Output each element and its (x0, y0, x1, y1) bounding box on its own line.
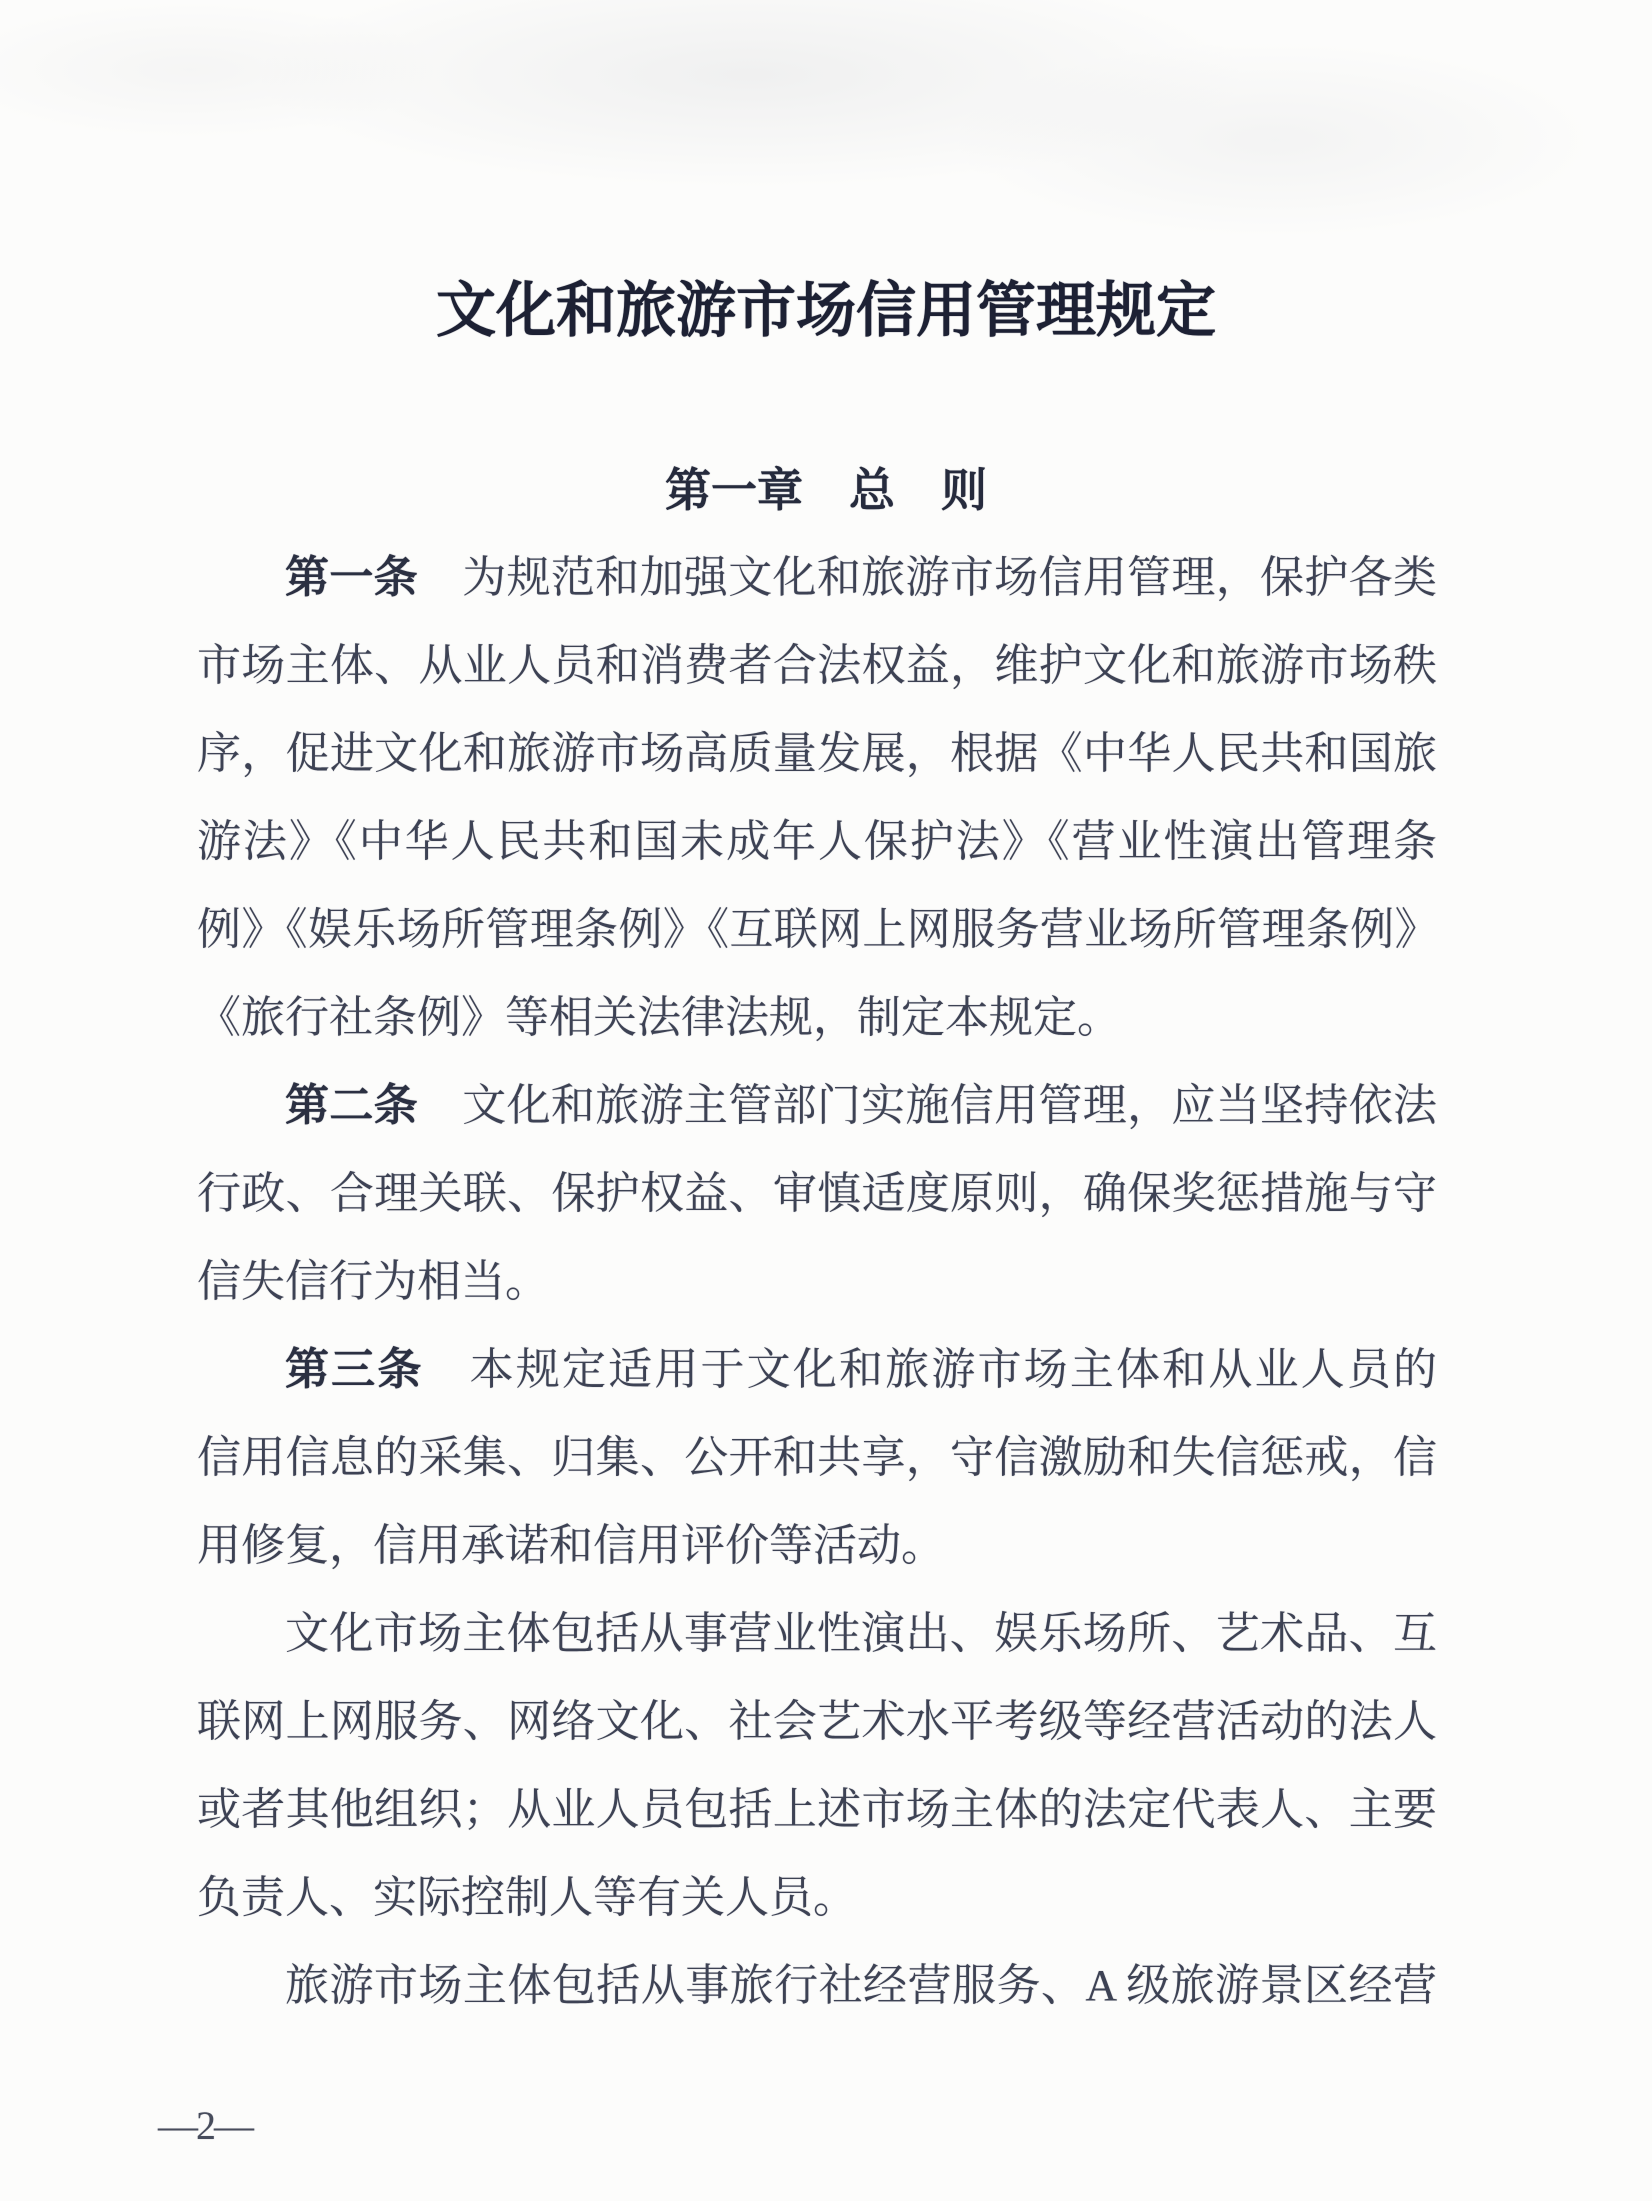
body-line: 信用信息的采集、归集、公开和共享，守信激励和失信惩戒，信 (197, 1414, 1437, 1502)
page-number: —2— (158, 2104, 252, 2148)
body-line: 联网上网服务、网络文化、社会艺术水平考级等经营活动的法人 (197, 1678, 1437, 1766)
document-title: 文化和旅游市场信用管理规定 (0, 278, 1652, 344)
body-line: 序，促进文化和旅游市场高质量发展，根据《中华人民共和国旅 (197, 710, 1437, 798)
article-label: 第一条 (285, 553, 418, 602)
scan-smudge (950, 40, 1600, 240)
body-line: 第一条 为规范和加强文化和旅游市场信用管理，保护各类 (197, 534, 1437, 622)
body-line: 行政、合理关联、保护权益、审慎适度原则，确保奖惩措施与守 (197, 1150, 1437, 1238)
body-line: 文化市场主体包括从事营业性演出、娱乐场所、艺术品、互 (197, 1590, 1437, 1678)
body-line: 游法》《中华人民共和国未成年人保护法》《营业性演出管理条 (197, 798, 1437, 886)
scan-smudge (250, 0, 1250, 190)
body-line: 旅游市场主体包括从事旅行社经营服务、A 级旅游景区经营 (197, 1942, 1437, 2030)
body-line: 负责人、实际控制人等有关人员。 (197, 1854, 1437, 1942)
body-line: 用修复，信用承诺和信用评价等活动。 (197, 1502, 1437, 1590)
body-line: 例》《娱乐场所管理条例》《互联网上网服务营业场所管理条例》 (197, 886, 1437, 974)
body-line: 或者其他组织；从业人员包括上述市场主体的法定代表人、主要 (197, 1766, 1437, 1854)
body-line: 信失信行为相当。 (197, 1238, 1437, 1326)
chapter-heading: 第一章 总 则 (0, 466, 1652, 516)
body-line: 第三条 本规定适用于文化和旅游市场主体和从业人员的 (197, 1326, 1437, 1414)
document-body: 第一条 为规范和加强文化和旅游市场信用管理，保护各类市场主体、从业人员和消费者合… (197, 534, 1437, 2030)
body-line: 《旅行社条例》等相关法律法规，制定本规定。 (197, 974, 1437, 1062)
body-line: 市场主体、从业人员和消费者合法权益，维护文化和旅游市场秩 (197, 622, 1437, 710)
body-line: 第二条 文化和旅游主管部门实施信用管理，应当坚持依法 (197, 1062, 1437, 1150)
scan-smudge (0, 0, 440, 140)
document-page: 文化和旅游市场信用管理规定 第一章 总 则 第一条 为规范和加强文化和旅游市场信… (0, 0, 1652, 2201)
article-label: 第二条 (285, 1081, 418, 1130)
article-label: 第三条 (285, 1345, 424, 1394)
